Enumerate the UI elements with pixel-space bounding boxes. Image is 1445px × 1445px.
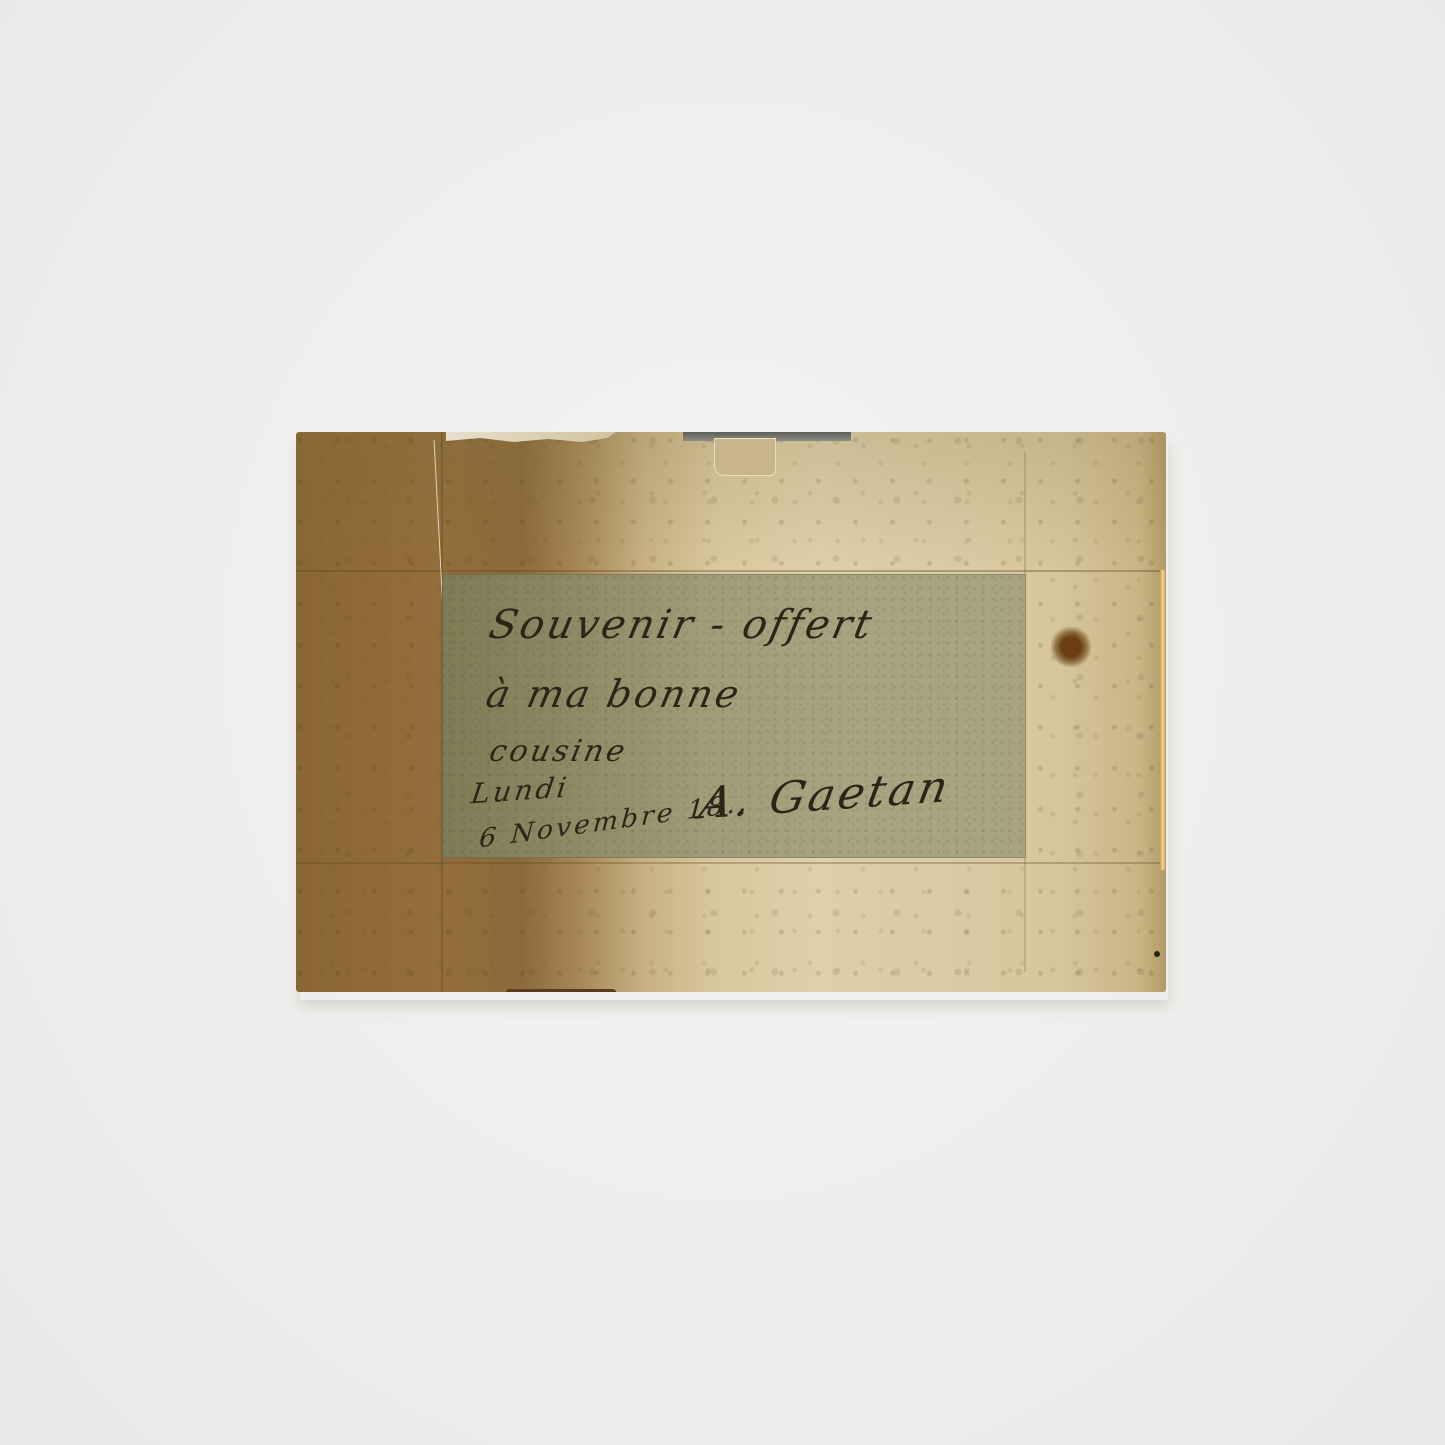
antique-paper-case: Souvenir - offert à ma bonne cousine Lun… (296, 432, 1166, 992)
handwriting-line-2: à ma bonne (482, 672, 745, 716)
handwriting-line-1: Souvenir - offert (485, 602, 878, 648)
handwriting-signature: A. Gaetan (696, 761, 955, 829)
gilt-edge (1160, 570, 1166, 870)
corner-spot (1154, 951, 1160, 957)
paper-tab (714, 438, 776, 476)
handwriting-line-3: cousine (486, 734, 631, 769)
bottom-tear (506, 989, 616, 992)
fold-line-bottom (296, 862, 1166, 864)
handwritten-label: Souvenir - offert à ma bonne cousine Lun… (442, 574, 1026, 858)
handwriting-line-4: Lundi (469, 771, 571, 811)
fold-line-top (296, 570, 1166, 572)
ink-stain (1051, 627, 1091, 667)
